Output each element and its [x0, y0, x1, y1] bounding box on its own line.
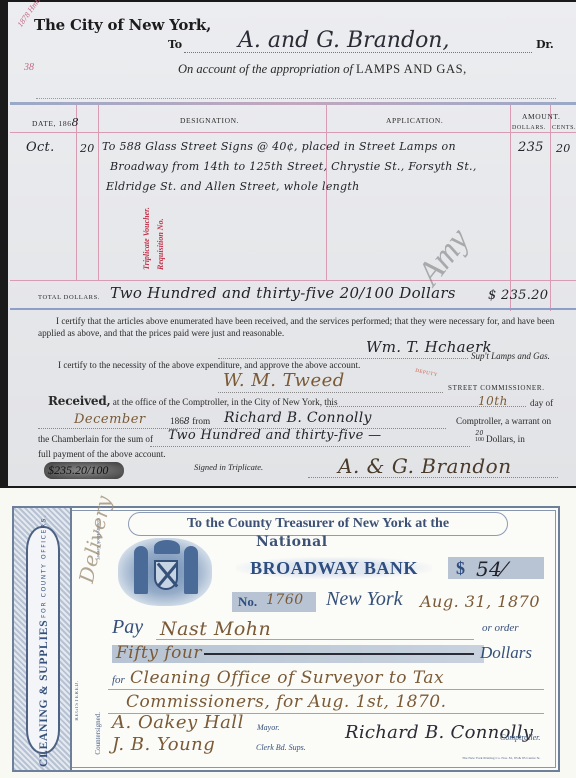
certification-approval: I certify to the necessity of the above …	[58, 360, 360, 370]
check-amount: 54⁄	[476, 557, 506, 581]
figure-left-icon	[134, 546, 148, 594]
total-label: TOTAL DOLLARS.	[38, 294, 100, 301]
treasurer-banner: To the County Treasurer of New York at t…	[128, 512, 508, 536]
mayor-label: Mayor.	[257, 723, 279, 732]
side-cartouche: CLEANING & SUPPLIES FOR COUNTY OFFICERS.	[26, 526, 60, 754]
amount-dash	[204, 653, 474, 655]
memo-line	[108, 689, 544, 690]
dollar-sign-icon: $	[456, 558, 465, 579]
col-divider	[326, 105, 327, 281]
amount-words: Fifty four	[116, 643, 202, 663]
voucher-title: The City of New York,	[34, 16, 211, 34]
amount-header: AMOUNT.	[522, 112, 560, 121]
comptroller-label: Comptroller.	[500, 733, 540, 742]
ledger-table: DATE, 1868 DESIGNATION. APPLICATION. AMO…	[10, 102, 576, 312]
comptroller-name: Richard B. Connolly	[224, 410, 372, 426]
side-title: CLEANING & SUPPLIES FOR COUNTY OFFICERS.	[30, 534, 58, 746]
received-year: 1868 from	[170, 416, 210, 427]
lamps-gas-voucher: 1878 Hmb 38 The City of New York, To A. …	[8, 2, 576, 486]
check-side-panel: CLEANING & SUPPLIES FOR COUNTY OFFICERS.	[14, 508, 72, 770]
commissioner-signature: W. M. Tweed	[223, 370, 345, 391]
memo-text-1: Cleaning Office of Surveyor to Tax	[130, 668, 444, 688]
header-rule	[10, 132, 576, 133]
sum-label: the Chamberlain for the sum of	[38, 434, 153, 444]
row-dollars: 235	[518, 140, 544, 155]
col-divider	[76, 105, 77, 281]
day-of-label: day of	[530, 398, 553, 408]
memo-row-1: for Cleaning Office of Surveyor to Tax	[108, 668, 544, 690]
pay-row: Pay Nast Mohn or order	[108, 616, 544, 640]
commissioner-title: STREET COMMISSIONER.	[448, 384, 545, 392]
sum-dollars-label: Dollars, in	[486, 434, 525, 444]
designation-header: DESIGNATION.	[180, 116, 239, 125]
dr-label: Dr.	[536, 38, 554, 51]
deputy-stamp: DEPUTY	[415, 369, 438, 379]
dollars-header: DOLLARS.	[512, 125, 546, 131]
clerk-label: Clerk Bd. Sups.	[256, 743, 306, 752]
national-label: National	[256, 534, 328, 550]
eagle-icon	[154, 540, 180, 554]
appropriation-line: On account of the appropriation of LAMPS…	[178, 62, 467, 77]
pencil-number: 38	[24, 62, 34, 73]
signature-line	[218, 392, 443, 393]
received-heading: Received,	[48, 394, 110, 408]
application-header: APPLICATION.	[386, 116, 443, 125]
coat-of-arms-vignette-icon	[118, 538, 212, 606]
received-day: 10th	[478, 394, 508, 408]
payee-signature: A. & G. Brandon	[338, 454, 512, 478]
comptroller-text: Comptroller, a warrant on	[456, 416, 551, 426]
received-line: Received, at the office of the Comptroll…	[48, 394, 338, 408]
shield-icon	[154, 560, 178, 590]
side-title-main: CLEANING & SUPPLIES	[38, 620, 50, 767]
check-date: Aug. 31, 1870	[420, 592, 540, 611]
bank-name: BROADWAY BANK	[236, 557, 432, 579]
total-row: TOTAL DOLLARS. Two Hundred and thirty-fi…	[10, 282, 576, 308]
total-rule	[10, 308, 576, 310]
row-day: 20	[80, 142, 95, 155]
amount-words-row: Fifty four Dollars	[108, 643, 544, 665]
for-label: for	[112, 674, 125, 686]
row-line-1: To 588 Glass Street Signs @ 40¢, placed …	[102, 140, 456, 153]
superintendent-title: Sup't Lamps and Gas.	[471, 351, 550, 361]
total-words: Two Hundred and thirty-five 20/100 Dolla…	[110, 284, 456, 302]
certification-receipt: I certify that the articles above enumer…	[38, 315, 558, 339]
full-payment-text: full payment of the above account.	[38, 449, 166, 459]
divider	[36, 98, 556, 99]
treasurer-text: To the County Treasurer of New York at t…	[187, 516, 449, 532]
check-number-box: No. 1760	[232, 592, 316, 612]
col-divider	[98, 105, 99, 281]
dollars-label: Dollars	[480, 643, 532, 663]
number-label: No.	[238, 594, 257, 610]
sum-cents: 20 100	[475, 430, 484, 444]
table-top-rule	[10, 102, 576, 105]
pay-label: Pay	[112, 616, 143, 639]
amount-stamp: $235.20/100	[44, 462, 124, 479]
appropriation-prefix: On account of the appropriation of	[178, 62, 353, 76]
check-number: 1760	[266, 592, 304, 608]
to-label: To	[168, 38, 182, 51]
col-divider	[510, 105, 511, 311]
check-amount-box: $ 54⁄	[448, 557, 544, 579]
countersigned-label: Countersigned.	[94, 712, 102, 755]
appropriation-name: LAMPS AND GAS,	[356, 62, 467, 76]
memo-row-2: Commissioners, for Aug. 1st, 1870.	[108, 692, 544, 714]
received-month: December	[74, 412, 146, 427]
month-comptroller-line: December 1868 from Richard B. Connolly C…	[38, 412, 558, 428]
figure-right-icon	[184, 546, 198, 594]
registered-label: REGISTERED.	[75, 680, 80, 721]
check-city: New York	[326, 588, 403, 611]
row-cents: 20	[556, 142, 571, 155]
clerk-signature: J. B. Young	[112, 734, 215, 755]
sum-words: Two Hundred and thirty-five —	[168, 428, 381, 443]
memo-text-2: Commissioners, for Aug. 1st, 1870.	[126, 692, 447, 712]
received-text: at the office of the Comptroller, in the…	[113, 397, 338, 407]
col-divider	[550, 105, 551, 311]
signed-in-triplicate: Signed in Triplicate.	[194, 462, 263, 472]
body-bottom-rule	[10, 280, 576, 281]
date-header: DATE, 1868	[32, 116, 79, 129]
triplicate-voucher-stamp: Triplicate Voucher.	[142, 160, 151, 270]
printer-imprint: The New York Printing Co. Nos. 81, 83 & …	[462, 756, 540, 760]
sum-line: the Chamberlain for the sum of Two Hundr…	[38, 430, 558, 446]
row-month: Oct.	[26, 140, 55, 155]
cents-header: CENTS.	[552, 125, 576, 131]
payee-name: A. and G. Brandon,	[238, 28, 449, 53]
sum-dotted-line	[150, 446, 470, 447]
or-order-label: or order	[482, 622, 519, 634]
check-payee: Nast Mohn	[160, 618, 271, 640]
side-title-sub: FOR COUNTY OFFICERS.	[41, 513, 48, 618]
mayor-signature: A. Oakey Hall	[112, 712, 244, 733]
total-amount: $ 235.20	[488, 288, 548, 303]
requisition-stamp: Requisition No.	[156, 160, 165, 270]
signature-line	[218, 358, 468, 359]
